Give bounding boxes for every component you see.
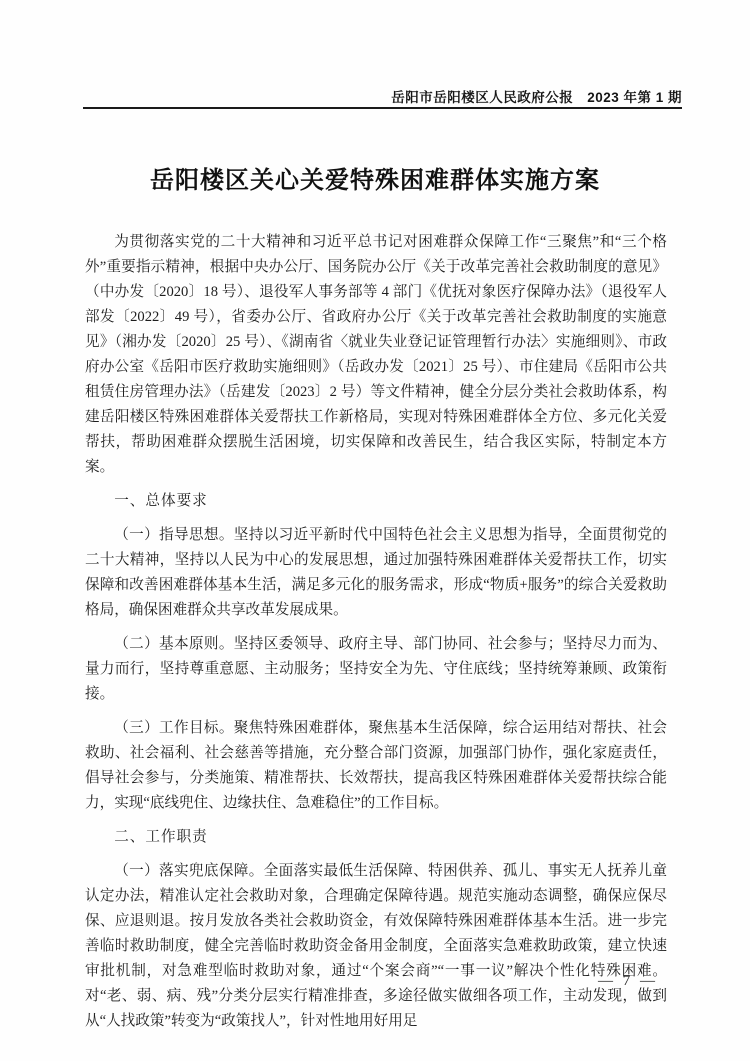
document-body: 为贯彻落实党的二十大精神和习近平总书记对困难群众保障工作“三聚焦”和“三个格外”… (85, 230, 667, 1034)
paragraph-work-goals: （三）工作目标。聚焦特殊困难群体，聚焦基本生活保障，综合运用结对帮扶、社会救助、… (85, 716, 667, 816)
paragraph-basic-principles: （二）基本原则。坚持区委领导、政府主导、部门协同、社会参与；坚持尽力而为、量力而… (85, 632, 667, 707)
paragraph-intro: 为贯彻落实党的二十大精神和习近平总书记对困难群众保障工作“三聚焦”和“三个格外”… (85, 230, 667, 480)
header-rule (83, 107, 682, 109)
gazette-header: 岳阳市岳阳楼区人民政府公报 2023 年第 1 期 (391, 86, 682, 106)
document-page: 岳阳市岳阳楼区人民政府公报 2023 年第 1 期 岳阳楼区关心关爱特殊困难群体… (0, 0, 750, 1061)
document-title: 岳阳楼区关心关爱特殊困难群体实施方案 (0, 160, 750, 195)
paragraph-guiding-ideology: （一）指导思想。坚持以习近平新时代中国特色社会主义思想为指导，全面贯彻党的二十大… (85, 523, 667, 623)
section-heading-2: 二、工作职责 (85, 825, 667, 850)
paragraph-basic-guarantee: （一）落实兜底保障。全面落实最低生活保障、特困供养、孤儿、事实无人抚养儿童认定办… (85, 859, 667, 1034)
section-heading-1: 一、总体要求 (85, 489, 667, 514)
page-number: — 7 — (598, 973, 658, 990)
